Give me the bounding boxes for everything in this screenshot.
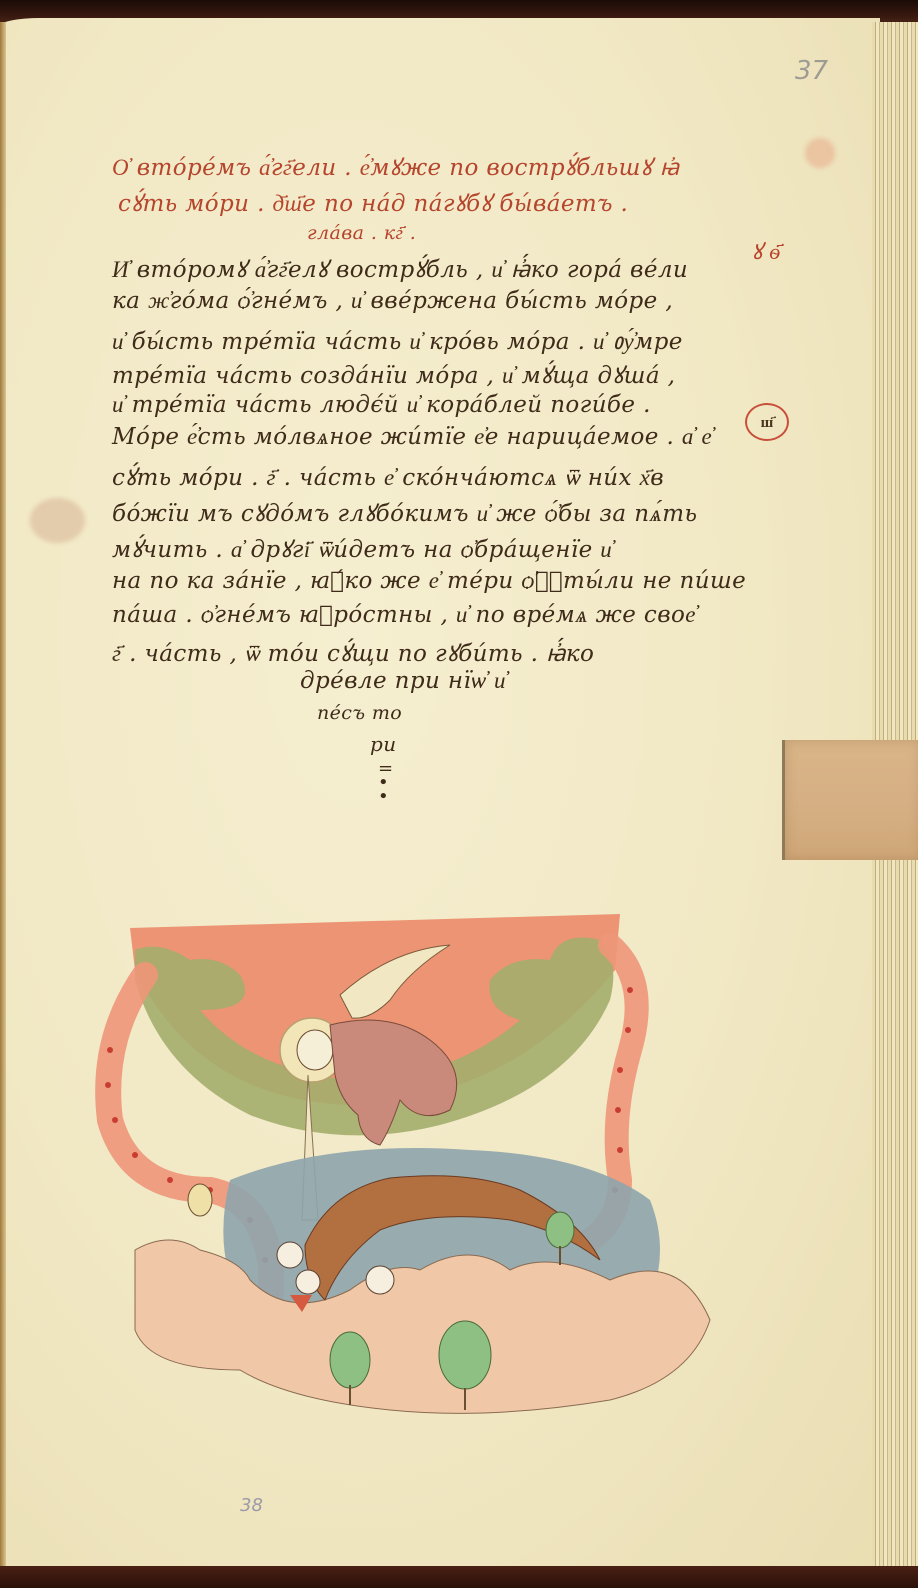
body-line: и҆ тре́тїа ча́сть людє́й и҆ кора́блей по… xyxy=(112,392,651,418)
book-cover-bottom xyxy=(0,1566,918,1588)
body-text: пе́съ то xyxy=(317,702,402,724)
angel-head xyxy=(297,1030,333,1070)
body-line: па́ша . ѻ҆гне́мъ ꙗ҆ро́стны , и҆ по вре́м… xyxy=(112,602,696,628)
body-text: Мо́ре е҆́сть мо́лвѧное жи́тїе е҆е нарица… xyxy=(112,424,712,450)
margin-note-red: ꙋ ѳ҃ xyxy=(752,236,780,266)
yellow-tree xyxy=(188,1184,212,1216)
body-text: сꙋ́ть мо́ри . г҃ . ча́сть е҆ ско́нча́ютс… xyxy=(112,465,664,491)
body-text: бо́жїи мъ сꙋдо́мъ глꙋбо́кимъ и҆ же ѻ҆́бы… xyxy=(112,501,697,527)
body-line: бо́жїи мъ сꙋдо́мъ глꙋбо́кимъ и҆ же ѻ҆́бы… xyxy=(112,496,697,528)
rubric-text: сꙋ́ть мо́ри . д҃ш҃е по на́д па́гꙋбꙋ бы́в… xyxy=(118,191,628,217)
body-line: ри xyxy=(370,732,396,756)
rubric-text: О҆ вто́ре́мъ а҆́гг҃ели . е҆́мꙋже по вост… xyxy=(112,155,680,181)
body-text: тре́тїа ча́сть созда́нїи мо́ра , и҆ мꙋ́щ… xyxy=(112,363,675,389)
margin-circled-text: ш҃ xyxy=(761,413,774,432)
body-text: И҆ вто́ромꙋ а҆́гг҃елꙋ вострꙋ́бль , и҆ ꙗ҆… xyxy=(112,257,688,283)
illustration-angel-trumpet-sea xyxy=(90,900,730,1420)
body-text: ка ж҆го́ма ѻ҆́гне́мъ , и҆ вве́ржена бы́с… xyxy=(112,288,673,314)
chapter-heading-text: гла́ва . кг҃ . xyxy=(307,222,416,244)
pencil-page-number: 38 xyxy=(240,1495,263,1516)
body-text: г҃ . ча́сть , ѿ то́и сꙋ́щи по гꙋби́ть . … xyxy=(112,641,594,667)
body-text: па́ша . ѻ҆гне́мъ ꙗ҆ро́стны , и҆ по вре́м… xyxy=(112,602,696,628)
body-line: тре́тїа ча́сть созда́нїи мо́ра , и҆ мꙋ́щ… xyxy=(112,358,675,390)
body-line: ка ж҆го́ма ѻ҆́гне́мъ , и҆ вве́ржена бы́с… xyxy=(112,288,673,314)
body-line: И҆ вто́ромꙋ а҆́гг҃елꙋ вострꙋ́бль , и҆ ꙗ҆… xyxy=(112,252,688,284)
wooden-bookmark-tab[interactable] xyxy=(782,740,918,860)
body-text: и҆ тре́тїа ча́сть людє́й и҆ кора́блей по… xyxy=(112,392,651,418)
paper-stain xyxy=(805,138,835,168)
rubric-line: О҆ вто́ре́мъ а҆́гг҃ели . е҆́мꙋже по вост… xyxy=(112,150,680,182)
body-text: ри xyxy=(370,732,396,756)
colophon-dots: =•• xyxy=(378,762,393,804)
body-text: дре́вле при нїѡ҆ и҆ xyxy=(300,668,506,694)
rubric-line: сꙋ́ть мо́ри . д҃ш҃е по на́д па́гꙋбꙋ бы́в… xyxy=(118,186,628,218)
body-line: и҆ бы́сть тре́тїа ча́сть и҆ кро́вь мо́ра… xyxy=(112,324,683,356)
chapter-heading: гла́ва . кг҃ . xyxy=(307,222,416,245)
body-text: мꙋ́чить . а҆ дрꙋгі҃ ѿи́детъ на ѻ҆бра́щен… xyxy=(112,537,612,563)
paper-stain xyxy=(30,498,85,543)
body-line: мꙋ́чить . а҆ дрꙋгі҃ ѿи́детъ на ѻ҆бра́щен… xyxy=(112,532,612,564)
body-line: Мо́ре е҆́сть мо́лвѧное жи́тїе е҆е нарица… xyxy=(112,424,712,450)
body-line: дре́вле при нїѡ҆ и҆ xyxy=(300,668,506,694)
folio-number: 37 xyxy=(795,56,828,86)
body-text: на по ка за́нїе , ꙗ҆́ко же е҆ те́ри ѻ҆ꙋ҆… xyxy=(112,568,746,594)
body-line: пе́съ то xyxy=(317,702,402,724)
body-text: и҆ бы́сть тре́тїа ча́сть и҆ кро́вь мо́ра… xyxy=(112,329,683,355)
margin-note-circled: ш҃ xyxy=(745,403,789,441)
body-line: г҃ . ча́сть , ѿ то́и сꙋ́щи по гꙋби́ть . … xyxy=(112,636,594,668)
page-edge xyxy=(0,22,6,1566)
body-line: сꙋ́ть мо́ри . г҃ . ча́сть е҆ ско́нча́ютс… xyxy=(112,460,664,492)
body-line: на по ка за́нїе , ꙗ҆́ко же е҆ те́ри ѻ҆ꙋ҆… xyxy=(112,568,746,594)
